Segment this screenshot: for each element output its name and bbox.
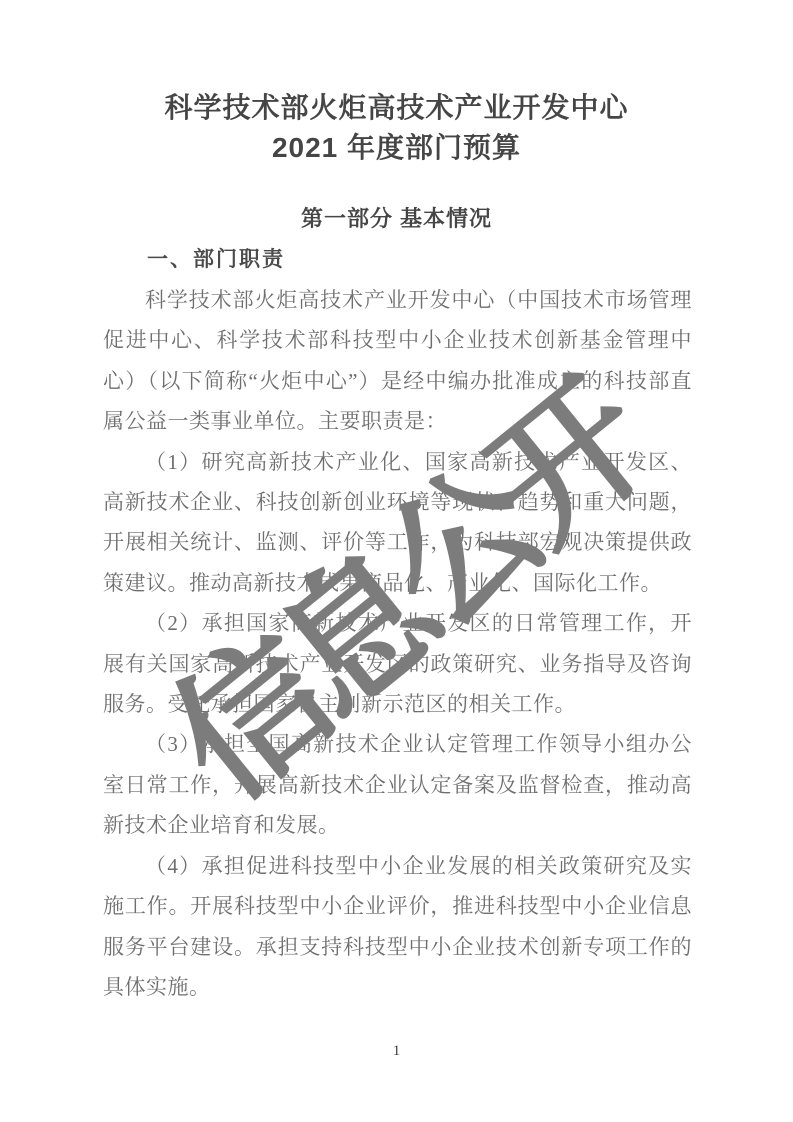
document-title-line2: 2021 年度部门预算 (272, 132, 521, 163)
section-heading: 第一部分 基本情况 (0, 206, 793, 232)
document-page: 信息公开 科学技术部火炬高技术产业开发中心 2021 年度部门预算 第一部分 基… (0, 0, 793, 1122)
paragraph-intro: 科学技术部火炬高技术产业开发中心（中国技术市场管理促进中心、科学技术部科技型中小… (103, 280, 692, 442)
paragraph-duty-4: （4）承担促进科技型中小企业发展的相关政策研究及实施工作。开展科技型中小企业评价… (103, 846, 692, 1008)
paragraph-duty-3: （3）承担全国高新技术企业认定管理工作领导小组办公室日常工作，开展高新技术企业认… (103, 724, 692, 845)
document-body: 一、部门职责 科学技术部火炬高技术产业开发中心（中国技术市场管理促进中心、科学技… (0, 246, 793, 1007)
paragraph-duty-2: （2）承担国家高新技术产业开发区的日常管理工作，开展有关国家高新技术产业开发区的… (103, 603, 692, 724)
document-title: 科学技术部火炬高技术产业开发中心 2021 年度部门预算 (0, 0, 793, 168)
paragraph-duty-1: （1）研究高新技术产业化、国家高新技术产业开发区、高新技术企业、科技创新创业环境… (103, 442, 692, 604)
body-paragraphs: 科学技术部火炬高技术产业开发中心（中国技术市场管理促进中心、科学技术部科技型中小… (103, 280, 692, 1007)
page-number: 1 (0, 1043, 793, 1060)
document-title-line1: 科学技术部火炬高技术产业开发中心 (164, 92, 628, 123)
subsection-heading: 一、部门职责 (103, 246, 692, 274)
